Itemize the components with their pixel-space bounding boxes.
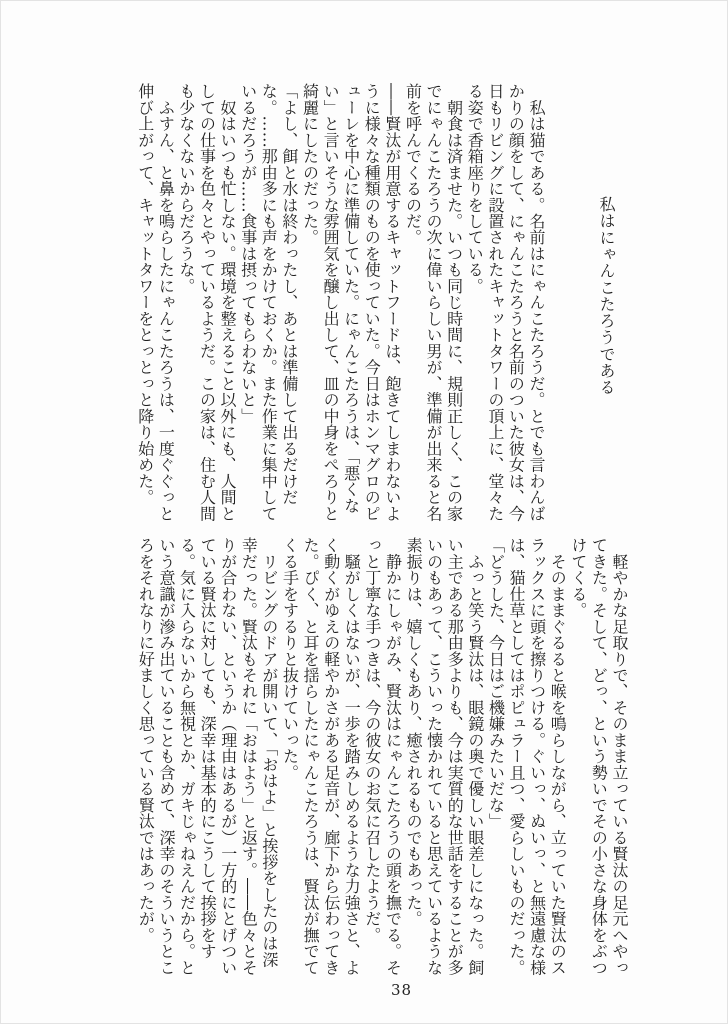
paragraph: そのままぐるると喉を鳴らしながら、立っていた賢汰のスラックスに頭を擦りつける。ぐ… xyxy=(505,537,567,977)
page-number: 38 xyxy=(391,981,412,999)
paragraph: 騒がしくはないが、一歩を踏みしめるような力強さと、よく動くがゆえの軽やかさがある… xyxy=(279,537,361,977)
paragraph: ふっと笑う賢汰は、眼鏡の奥で優しい眼差しになった。飼い主である那由多よりも、今は… xyxy=(402,537,484,977)
paragraph: 静かにしゃがみ、賢汰はにゃんこたろうの頭を撫でる。そっと丁寧な手つきは、今の彼女… xyxy=(361,537,402,977)
paragraph: ふすん、と鼻を鳴らしたにゃんこたろうは、一度ぐぐっと伸び上がって、キャットタワー… xyxy=(134,83,175,523)
paragraph: 私は猫である。名前はにゃんこたろうだ。とでも言わんばかりの顔をして、にゃんこたろ… xyxy=(464,83,546,523)
paragraph: 朝食は済ませた。いつも同じ時間に、規則正しく、この家でにゃんこたろうの次に偉いら… xyxy=(402,83,464,523)
paragraph: 「どうした、今日はご機嫌みたいだな」 xyxy=(485,537,506,977)
paragraph: 「よし、餌と水は終わったし、あとは準備して出るだけだな。……那由多にも声をかけて… xyxy=(237,83,299,523)
paragraph: 奴はいつも忙しない。環境を整えること以外にも、人間としての仕事を色々とやっている… xyxy=(175,83,237,523)
paragraph: リビングのドアが開いて、「おはよ」と挨拶をしたのは深幸だった。賢汰もそれに「おは… xyxy=(135,537,279,977)
paragraph: 軽やかな足取りで、そのまま立っている賢汰の足元へやってきた。そして、どっ、という… xyxy=(567,537,629,977)
text-block-upper: 私は猫である。名前はにゃんこたろうだ。とでも言わんばかりの顔をして、にゃんこたろ… xyxy=(132,83,546,523)
novel-page: 私はにゃんこたろうである 私は猫である。名前はにゃんこたろうだ。とでも言わんばか… xyxy=(0,0,728,1024)
paragraph: ――賢汰が用意するキャットフードは、飽きてしまわないように様々な種類のものを使っ… xyxy=(299,83,402,523)
page-title: 私はにゃんこたろうである xyxy=(595,196,617,426)
text-block-lower: 軽やかな足取りで、そのまま立っている賢汰の足元へやってきた。そして、どっ、という… xyxy=(131,537,629,977)
